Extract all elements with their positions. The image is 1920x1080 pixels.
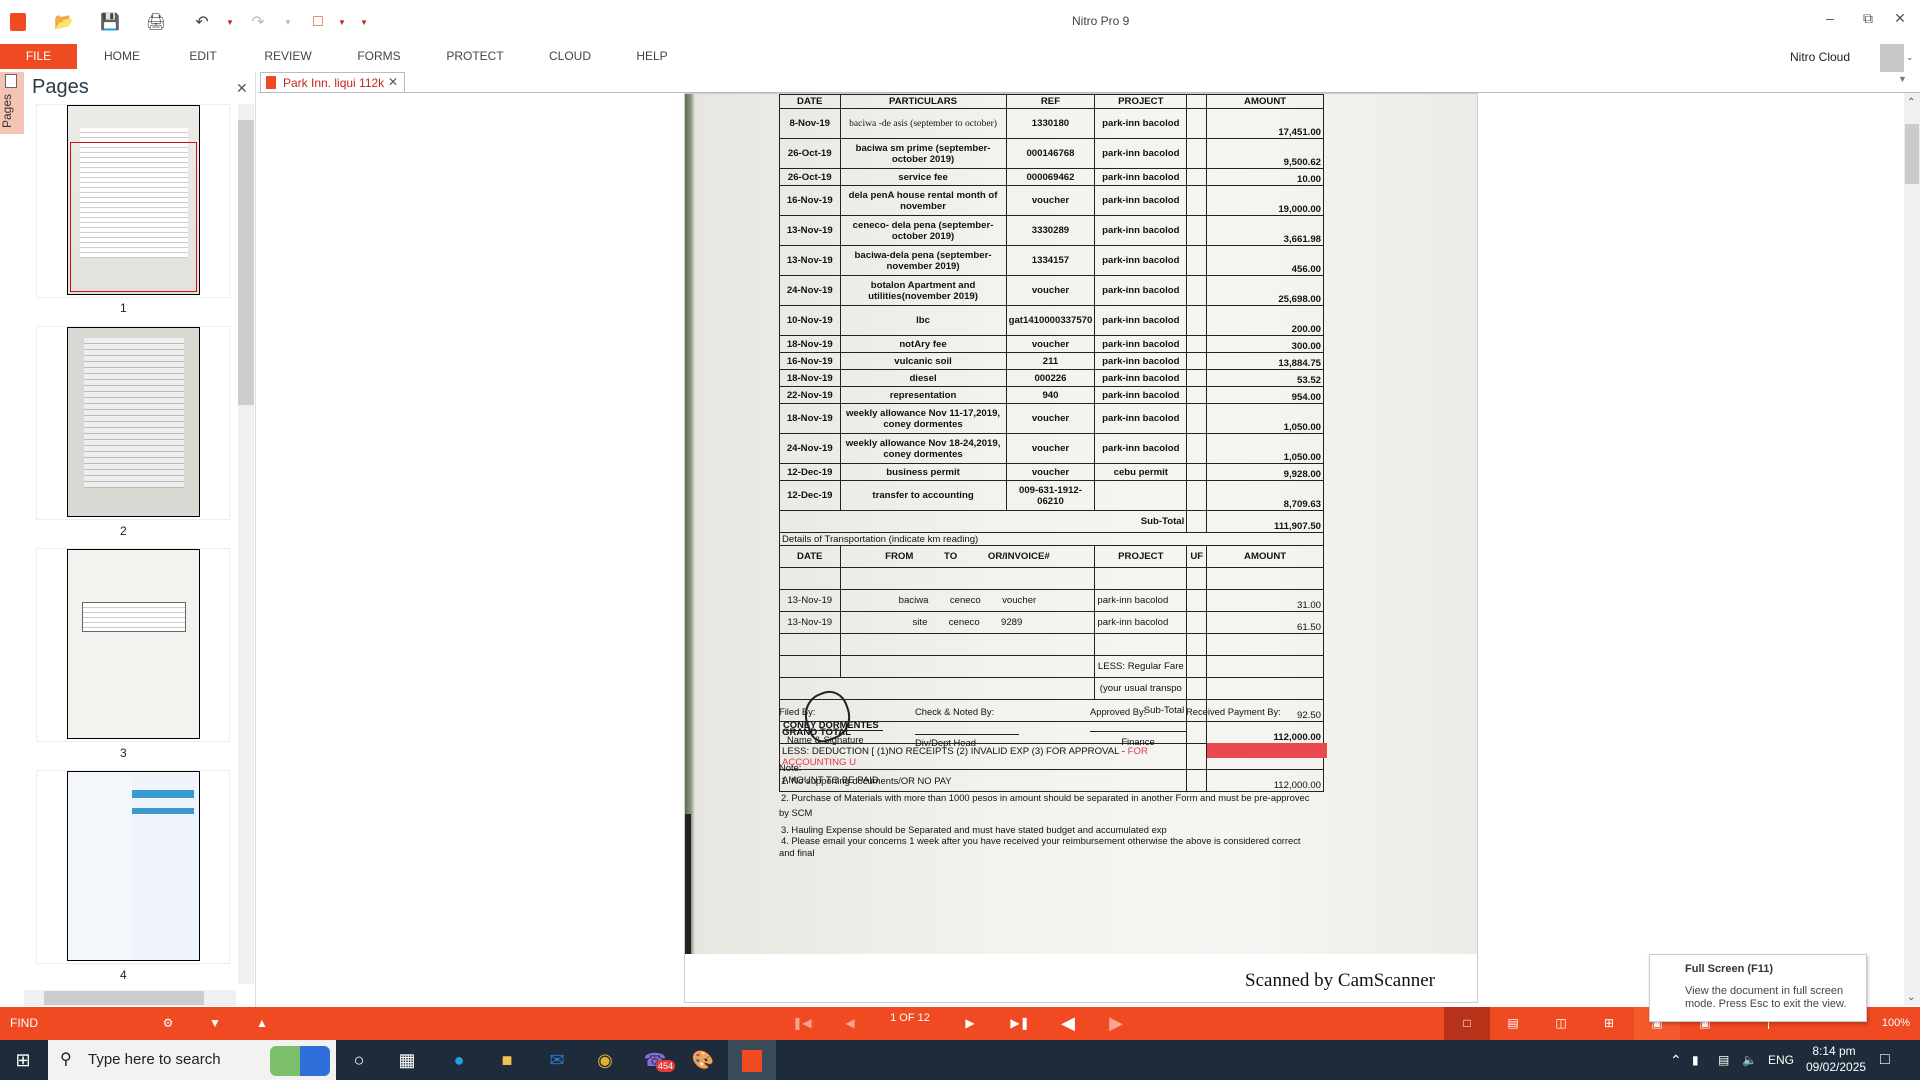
next-page-icon[interactable]: ▶ xyxy=(960,1007,980,1040)
table-cell: 112,000.00 xyxy=(1207,722,1324,744)
table-cell: FROM TO OR/INVOICE# xyxy=(840,546,1095,568)
finance-label: Finance xyxy=(1090,731,1186,747)
save-icon[interactable]: 💾 xyxy=(98,10,122,34)
battery-icon[interactable]: ▮ xyxy=(1692,1040,1699,1080)
table-cell: 18-Nov-19 xyxy=(780,404,841,434)
table-cell: 3330289 xyxy=(1006,216,1095,246)
close-panel-icon[interactable]: ✕ xyxy=(236,80,248,97)
table-cell: 12-Dec-19 xyxy=(780,481,841,511)
account-dropdown-icon[interactable]: ⌄ xyxy=(1906,52,1914,63)
facing-continuous-view-icon[interactable]: ⊞ xyxy=(1586,1007,1632,1040)
tooltip-body: View the document in full screen mode. P… xyxy=(1685,985,1861,1011)
table-cell: 3,661.98 xyxy=(1207,216,1324,246)
table-cell: 456.00 xyxy=(1207,246,1324,276)
outlook-icon[interactable]: ✉ xyxy=(542,1046,572,1074)
nitro-cloud-label[interactable]: Nitro Cloud xyxy=(1790,50,1850,64)
table-cell xyxy=(1207,634,1324,656)
table-row: 10-Nov-19lbcgat1410000337570park-inn bac… xyxy=(780,306,1324,336)
language-indicator[interactable]: ENG xyxy=(1768,1040,1794,1080)
table-cell xyxy=(1187,770,1207,792)
table-cell: DATE xyxy=(780,546,841,568)
nitro-logo-icon[interactable] xyxy=(6,10,30,34)
tab-forms[interactable]: FORMS xyxy=(349,44,409,69)
table-cell xyxy=(1095,481,1187,511)
table-cell: park-inn bacolod xyxy=(1095,612,1187,634)
table-cell: 8-Nov-19 xyxy=(780,109,841,139)
table-cell xyxy=(840,634,1095,656)
scroll-down-icon[interactable]: ⌄ xyxy=(1907,992,1915,1003)
note-item: and final xyxy=(779,847,814,858)
cortana-icon[interactable]: ○ xyxy=(344,1046,374,1074)
tab-help[interactable]: HELP xyxy=(632,44,672,69)
table-cell: dela penA house rental month of november xyxy=(840,186,1006,216)
table-cell: 24-Nov-19 xyxy=(780,276,841,306)
thumbnail-image xyxy=(67,105,200,295)
page-number: 4 xyxy=(120,968,127,982)
table-row: DATEFROM TO OR/INVOICE#PROJECTUFAMOUNT xyxy=(780,546,1324,568)
close-tab-icon[interactable]: ✕ xyxy=(388,75,398,89)
taskbar-search-input[interactable]: ⚲ Type here to search xyxy=(48,1040,336,1080)
ribbon-tabs: FILE HOME EDIT REVIEW FORMS PROTECT CLOU… xyxy=(0,44,1920,71)
table-cell: site ceneco 9289 xyxy=(840,612,1095,634)
table-cell: vulcanic soil xyxy=(840,353,1006,370)
scrollbar-thumb[interactable] xyxy=(44,991,204,1005)
table-cell: 1,050.00 xyxy=(1207,434,1324,464)
open-icon[interactable]: 📂 xyxy=(52,10,76,34)
table-cell: 18-Nov-19 xyxy=(780,336,841,353)
pdf-file-icon xyxy=(266,76,276,89)
pages-icon xyxy=(5,74,17,88)
table-cell: park-inn bacolod xyxy=(1095,404,1187,434)
start-button-icon[interactable]: ⊞ xyxy=(8,1046,38,1074)
table-cell xyxy=(1187,216,1207,246)
tray-overflow-icon[interactable]: ⌃ xyxy=(1670,1040,1682,1080)
table-cell: 17,451.00 xyxy=(1207,109,1324,139)
table-cell: transfer to accounting xyxy=(840,481,1006,511)
search-highlight-icon xyxy=(270,1046,330,1076)
table-row: 18-Nov-19diesel000226park-inn bacolod53.… xyxy=(780,370,1324,387)
table-cell: 13-Nov-19 xyxy=(780,590,841,612)
table-cell: baciwa-dela pena (september-november 201… xyxy=(840,246,1006,276)
facing-view-icon[interactable]: ◫ xyxy=(1538,1007,1584,1040)
app-title: Nitro Pro 9 xyxy=(1072,14,1129,28)
table-cell: (your usual transpo xyxy=(1095,678,1187,700)
column-header: DATE xyxy=(780,95,841,109)
table-cell: botalon Apartment and utilities(november… xyxy=(840,276,1006,306)
table-cell: voucher xyxy=(1006,336,1095,353)
continuous-view-icon[interactable]: ▤ xyxy=(1490,1007,1536,1040)
table-cell: 22-Nov-19 xyxy=(780,387,841,404)
table-row: 12-Dec-19business permitvouchercebu perm… xyxy=(780,464,1324,481)
table-cell xyxy=(1187,169,1207,186)
table-row xyxy=(780,568,1324,590)
full-screen-tooltip: Full Screen (F11) View the document in f… xyxy=(1649,954,1867,1022)
table-cell: 1334157 xyxy=(1006,246,1095,276)
previous-view-icon[interactable]: ◀ xyxy=(1056,1007,1080,1040)
page-number: 1 xyxy=(120,301,127,315)
thumbnail-image xyxy=(67,327,200,517)
undo-icon[interactable]: ↶ xyxy=(190,10,214,34)
table-cell: 25,698.00 xyxy=(1207,276,1324,306)
table-cell xyxy=(1187,634,1207,656)
undo-dropdown-icon[interactable]: ▼ xyxy=(224,10,236,34)
table-row: 26-Oct-19service fee000069462park-inn ba… xyxy=(780,169,1324,186)
table-cell: 112,000.00 xyxy=(1207,770,1324,792)
viber-badge: 454 xyxy=(656,1060,675,1072)
table-cell: business permit xyxy=(840,464,1006,481)
table-cell: park-inn bacolod xyxy=(1095,353,1187,370)
clock-time: 8:14 pm xyxy=(1806,1043,1862,1059)
table-row: 16-Nov-19dela penA house rental month of… xyxy=(780,186,1324,216)
tab-file[interactable]: FILE xyxy=(0,44,77,69)
table-cell: representation xyxy=(840,387,1006,404)
table-cell: 1330180 xyxy=(1006,109,1095,139)
redo-icon[interactable]: ↷ xyxy=(246,10,270,34)
table-cell: diesel xyxy=(840,370,1006,387)
table-cell: 16-Nov-19 xyxy=(780,186,841,216)
page-number: 2 xyxy=(120,524,127,538)
windows-taskbar: ⊞ ⚲ Type here to search ○ ▦ ● ■ ✉ ◉ ☎ 45… xyxy=(0,1040,1920,1080)
approved-by-label: Approved By: xyxy=(1090,706,1146,717)
table-cell xyxy=(1187,464,1207,481)
network-icon[interactable]: ▤ xyxy=(1718,1040,1729,1080)
pages-rail-button[interactable]: Pages xyxy=(0,72,24,134)
table-cell xyxy=(1187,612,1207,634)
scroll-up-icon[interactable]: ⌃ xyxy=(1907,97,1915,108)
table-row: 13-Nov-19baciwa ceneco voucherpark-inn b… xyxy=(780,590,1324,612)
table-cell xyxy=(840,656,1095,678)
table-cell: park-inn bacolod xyxy=(1095,336,1187,353)
thumbnails-vertical-scrollbar[interactable] xyxy=(238,104,254,984)
table-cell xyxy=(1187,568,1207,590)
table-row: 26-Oct-19baciwa sm prime (september-octo… xyxy=(780,139,1324,169)
thumbnails-horizontal-scrollbar[interactable] xyxy=(24,990,236,1006)
table-cell: 8,709.63 xyxy=(1207,481,1324,511)
table-cell: park-inn bacolod xyxy=(1095,139,1187,169)
table-cell: 18-Nov-19 xyxy=(780,370,841,387)
table-cell: 10-Nov-19 xyxy=(780,306,841,336)
page-thumbnail-2[interactable] xyxy=(36,326,230,520)
table-cell xyxy=(1095,568,1187,590)
table-cell: voucher xyxy=(1006,434,1095,464)
redo-dropdown-icon[interactable]: ▼ xyxy=(282,10,294,34)
table-row: 18-Nov-19notAry feevoucherpark-inn bacol… xyxy=(780,336,1324,353)
scanner-footer: Scanned by CamScanner xyxy=(1245,970,1435,992)
table-cell: park-inn bacolod xyxy=(1095,590,1187,612)
table-row: (your usual transpo xyxy=(780,678,1324,700)
nitro-taskbar-icon[interactable] xyxy=(728,1040,776,1080)
div-head-label: Div/Dept Head xyxy=(915,734,1019,748)
select-dropdown-icon[interactable]: ▼ xyxy=(336,10,348,34)
table-cell xyxy=(1187,186,1207,216)
table-cell: 16-Nov-19 xyxy=(780,353,841,370)
note-title: Note: xyxy=(779,762,801,773)
single-page-view-icon[interactable]: □ xyxy=(1444,1007,1490,1040)
column-header: REF xyxy=(1006,95,1095,109)
zoom-level[interactable]: 100% xyxy=(1876,1007,1916,1040)
table-cell xyxy=(1187,353,1207,370)
title-bar: 📂 💾 🖨 ↶ ▼ ↷ ▼ □ ▼ ▼ Nitro Pro 9 – ⧉ ✕ xyxy=(0,0,1920,44)
document-tab-label: Park Inn. liqui 112k xyxy=(283,76,384,90)
document-tab[interactable]: Park Inn. liqui 112k ✕ xyxy=(260,72,405,93)
table-cell: 000146768 xyxy=(1006,139,1095,169)
paint-icon[interactable]: 🎨 xyxy=(688,1046,718,1074)
note-item: 3. Hauling Expense should be Separated a… xyxy=(781,824,1167,835)
page-number: 3 xyxy=(120,746,127,760)
table-cell: baciwa ceneco voucher xyxy=(840,590,1095,612)
page-thumbnail-3[interactable] xyxy=(36,548,230,742)
table-cell xyxy=(1207,656,1324,678)
table-cell: weekly allowance Nov 18-24,2019, coney d… xyxy=(840,434,1006,464)
scrollbar-thumb[interactable] xyxy=(238,120,254,405)
table-row: 18-Nov-19weekly allowance Nov 11-17,2019… xyxy=(780,404,1324,434)
table-cell xyxy=(1187,404,1207,434)
table-cell: 13-Nov-19 xyxy=(780,612,841,634)
page-indicator[interactable]: 1 OF 12 xyxy=(880,1007,940,1040)
table-cell: LESS: Regular Fare xyxy=(1095,656,1187,678)
table-cell xyxy=(1207,568,1324,590)
table-cell xyxy=(1095,634,1187,656)
edge-icon[interactable]: ● xyxy=(444,1046,474,1074)
scrollbar-thumb[interactable] xyxy=(1905,124,1919,184)
task-view-icon[interactable]: ▦ xyxy=(392,1046,422,1074)
table-cell: 940 xyxy=(1006,387,1095,404)
clock-date: 09/02/2025 xyxy=(1806,1059,1862,1075)
find-label[interactable]: FIND xyxy=(10,1007,38,1040)
table-cell: 61.50 xyxy=(1207,612,1324,634)
table-row: 22-Nov-19representation940park-inn bacol… xyxy=(780,387,1324,404)
table-row: 24-Nov-19botalon Apartment and utilities… xyxy=(780,276,1324,306)
table-cell: gat1410000337570 xyxy=(1006,306,1095,336)
table-cell: lbc xyxy=(840,306,1006,336)
table-cell xyxy=(1187,336,1207,353)
viber-icon[interactable]: ☎ 454 xyxy=(640,1046,670,1074)
table-cell: notAry fee xyxy=(840,336,1006,353)
table-row: Details of Transportation (indicate km r… xyxy=(780,533,1324,546)
table-cell: ceneco- dela pena (september-october 201… xyxy=(840,216,1006,246)
table-cell: park-inn bacolod xyxy=(1095,216,1187,246)
column-header xyxy=(1187,95,1207,109)
next-view-icon[interactable]: ▶ xyxy=(1104,1007,1128,1040)
table-cell: 300.00 xyxy=(1207,336,1324,353)
table-cell: park-inn bacolod xyxy=(1095,276,1187,306)
table-cell: park-inn bacolod xyxy=(1095,109,1187,139)
table-row: LESS: Regular Fare xyxy=(780,656,1324,678)
table-cell: 9,500.62 xyxy=(1207,139,1324,169)
table-cell: park-inn bacolod xyxy=(1095,169,1187,186)
document-vertical-scrollbar[interactable]: ⌃ ⌄ xyxy=(1904,93,1920,1005)
search-placeholder: Type here to search xyxy=(88,1051,221,1068)
table-row: 8-Nov-19baciwa -de asis (september to oc… xyxy=(780,109,1324,139)
checked-by-label: Check & Noted By: xyxy=(915,706,994,717)
find-next-icon[interactable]: ▼ xyxy=(205,1007,225,1040)
table-cell: 10.00 xyxy=(1207,169,1324,186)
page-thumbnail-4[interactable] xyxy=(36,770,230,964)
thumbnail-image xyxy=(67,771,200,961)
table-row: 16-Nov-19vulcanic soil211park-inn bacolo… xyxy=(780,353,1324,370)
previous-page-icon[interactable]: ◀ xyxy=(840,1007,860,1040)
find-settings-icon[interactable]: ⚙ xyxy=(158,1007,178,1040)
table-cell xyxy=(1187,246,1207,276)
pdf-page: DATEPARTICULARSREFPROJECTAMOUNT8-Nov-19b… xyxy=(684,93,1478,1003)
table-cell: Details of Transportation (indicate km r… xyxy=(780,533,1324,546)
table-cell: 19,000.00 xyxy=(1207,186,1324,216)
table-cell xyxy=(1187,678,1207,700)
print-icon[interactable]: 🖨 xyxy=(144,10,168,34)
table-row: 12-Dec-19transfer to accounting009-631-1… xyxy=(780,481,1324,511)
file-explorer-icon[interactable]: ■ xyxy=(492,1046,522,1074)
table-cell: 31.00 xyxy=(1207,590,1324,612)
table-cell xyxy=(840,568,1095,590)
table-cell xyxy=(1187,434,1207,464)
table-cell xyxy=(780,634,841,656)
table-cell xyxy=(1187,109,1207,139)
volume-icon[interactable]: 🔈 xyxy=(1742,1040,1757,1080)
pages-panel-title: Pages xyxy=(32,76,89,99)
find-previous-icon[interactable]: ▲ xyxy=(252,1007,272,1040)
table-cell xyxy=(1187,511,1207,533)
avatar[interactable] xyxy=(1880,44,1904,72)
table-cell: 000069462 xyxy=(1006,169,1095,186)
table-cell xyxy=(1187,276,1207,306)
table-cell: 000226 xyxy=(1006,370,1095,387)
table-cell xyxy=(1187,306,1207,336)
table-header: DATEPARTICULARSREFPROJECTAMOUNT xyxy=(780,95,1324,109)
status-bar: FIND ⚙ ▼ ▲ ❚◀ ◀ 1 OF 12 ▶ ▶❚ ◀ ▶ □ ▤ ◫ ⊞… xyxy=(0,1007,1920,1040)
table-cell: service fee xyxy=(840,169,1006,186)
table-cell: baciwa -de asis (september to october) xyxy=(840,109,1006,139)
table-cell: 12-Dec-19 xyxy=(780,464,841,481)
table-cell: voucher xyxy=(1006,276,1095,306)
page-thumbnail-1[interactable] xyxy=(36,104,230,298)
column-header: AMOUNT xyxy=(1207,95,1324,109)
table-cell xyxy=(1187,481,1207,511)
table-cell: voucher xyxy=(1006,464,1095,481)
table-cell: cebu permit xyxy=(1095,464,1187,481)
note-item: by SCM xyxy=(779,807,812,818)
table-cell: 1,050.00 xyxy=(1207,404,1324,434)
table-cell: park-inn bacolod xyxy=(1095,434,1187,464)
customize-toolbar-icon[interactable]: ▼ xyxy=(358,10,370,34)
chrome-icon[interactable]: ◉ xyxy=(590,1046,620,1074)
table-row xyxy=(780,634,1324,656)
table-cell: voucher xyxy=(1006,404,1095,434)
table-cell: park-inn bacolod xyxy=(1095,306,1187,336)
table-cell: AMOUNT xyxy=(1207,546,1324,568)
tab-home[interactable]: HOME xyxy=(92,44,152,69)
expense-table: DATEPARTICULARSREFPROJECTAMOUNT8-Nov-19b… xyxy=(779,94,1324,792)
table-cell xyxy=(780,568,841,590)
search-icon: ⚲ xyxy=(60,1040,72,1080)
note-item: 2. Purchase of Materials with more than … xyxy=(781,792,1309,803)
note-item: 1. No supporting documents/OR NO PAY xyxy=(781,775,952,786)
table-cell xyxy=(1187,722,1207,744)
tab-protect[interactable]: PROTECT xyxy=(440,44,510,69)
table-cell xyxy=(1187,590,1207,612)
table-cell: park-inn bacolod xyxy=(1095,246,1187,276)
close-button[interactable]: ✕ xyxy=(1880,10,1920,34)
table-cell: park-inn bacolod xyxy=(1095,186,1187,216)
table-cell: voucher xyxy=(1006,186,1095,216)
table-cell: 111,907.50 xyxy=(1207,511,1324,533)
table-cell xyxy=(1187,387,1207,404)
table-row: 13-Nov-19baciwa-dela pena (september-nov… xyxy=(780,246,1324,276)
last-page-icon[interactable]: ▶❚ xyxy=(1008,1007,1032,1040)
table-cell: 26-Oct-19 xyxy=(780,139,841,169)
table-cell: 26-Oct-19 xyxy=(780,169,841,186)
table-cell xyxy=(1187,370,1207,387)
pages-panel: Pages ✕ 1 2 3 4 xyxy=(24,72,256,1007)
table-cell: Sub-Total xyxy=(780,511,1187,533)
table-cell: 9,928.00 xyxy=(1207,464,1324,481)
table-cell: weekly allowance Nov 11-17,2019, coney d… xyxy=(840,404,1006,434)
first-page-icon[interactable]: ❚◀ xyxy=(792,1007,812,1040)
clock[interactable]: 8:14 pm 09/02/2025 xyxy=(1806,1043,1862,1080)
column-header: PROJECT xyxy=(1095,95,1187,109)
notifications-icon[interactable]: □ xyxy=(1880,1040,1890,1080)
table-cell: 13,884.75 xyxy=(1207,353,1324,370)
minimize-button[interactable]: – xyxy=(1810,10,1850,34)
received-payment-label: Received Payment By: xyxy=(1186,706,1281,717)
table-cell xyxy=(1187,139,1207,169)
note-item: 4. Please email your concerns 1 week aft… xyxy=(781,835,1301,846)
table-cell: baciwa sm prime (september-october 2019) xyxy=(840,139,1006,169)
thumbnail-image xyxy=(67,549,200,739)
table-cell: 13-Nov-19 xyxy=(780,246,841,276)
table-row: Sub-Total111,907.50 xyxy=(780,511,1324,533)
table-row: 13-Nov-19ceneco- dela pena (september-oc… xyxy=(780,216,1324,246)
tab-cloud[interactable]: CLOUD xyxy=(540,44,600,69)
tab-review[interactable]: REVIEW xyxy=(258,44,318,69)
table-cell: 13-Nov-19 xyxy=(780,216,841,246)
table-cell xyxy=(780,656,841,678)
table-cell: park-inn bacolod xyxy=(1095,387,1187,404)
tooltip-title: Full Screen (F11) xyxy=(1685,963,1866,975)
redacted-field xyxy=(1207,743,1327,758)
select-tool-icon[interactable]: □ xyxy=(306,10,330,34)
table-row: 13-Nov-19site ceneco 9289park-inn bacolo… xyxy=(780,612,1324,634)
pages-rail-label: Pages xyxy=(0,94,14,128)
table-cell: 009-631-1912-06210 xyxy=(1006,481,1095,511)
table-cell: 200.00 xyxy=(1207,306,1324,336)
tab-edit[interactable]: EDIT xyxy=(178,44,228,69)
table-cell: 954.00 xyxy=(1207,387,1324,404)
ribbon-collapse-icon[interactable]: ▼ xyxy=(1898,74,1907,84)
table-cell: park-inn bacolod xyxy=(1095,370,1187,387)
table-cell: 24-Nov-19 xyxy=(780,434,841,464)
table-cell: UF xyxy=(1187,546,1207,568)
table-cell xyxy=(1187,656,1207,678)
column-header: PARTICULARS xyxy=(840,95,1006,109)
table-row: 24-Nov-19weekly allowance Nov 18-24,2019… xyxy=(780,434,1324,464)
table-cell: 211 xyxy=(1006,353,1095,370)
table-cell: PROJECT xyxy=(1095,546,1187,568)
table-cell: 53.52 xyxy=(1207,370,1324,387)
table-cell xyxy=(1207,678,1324,700)
